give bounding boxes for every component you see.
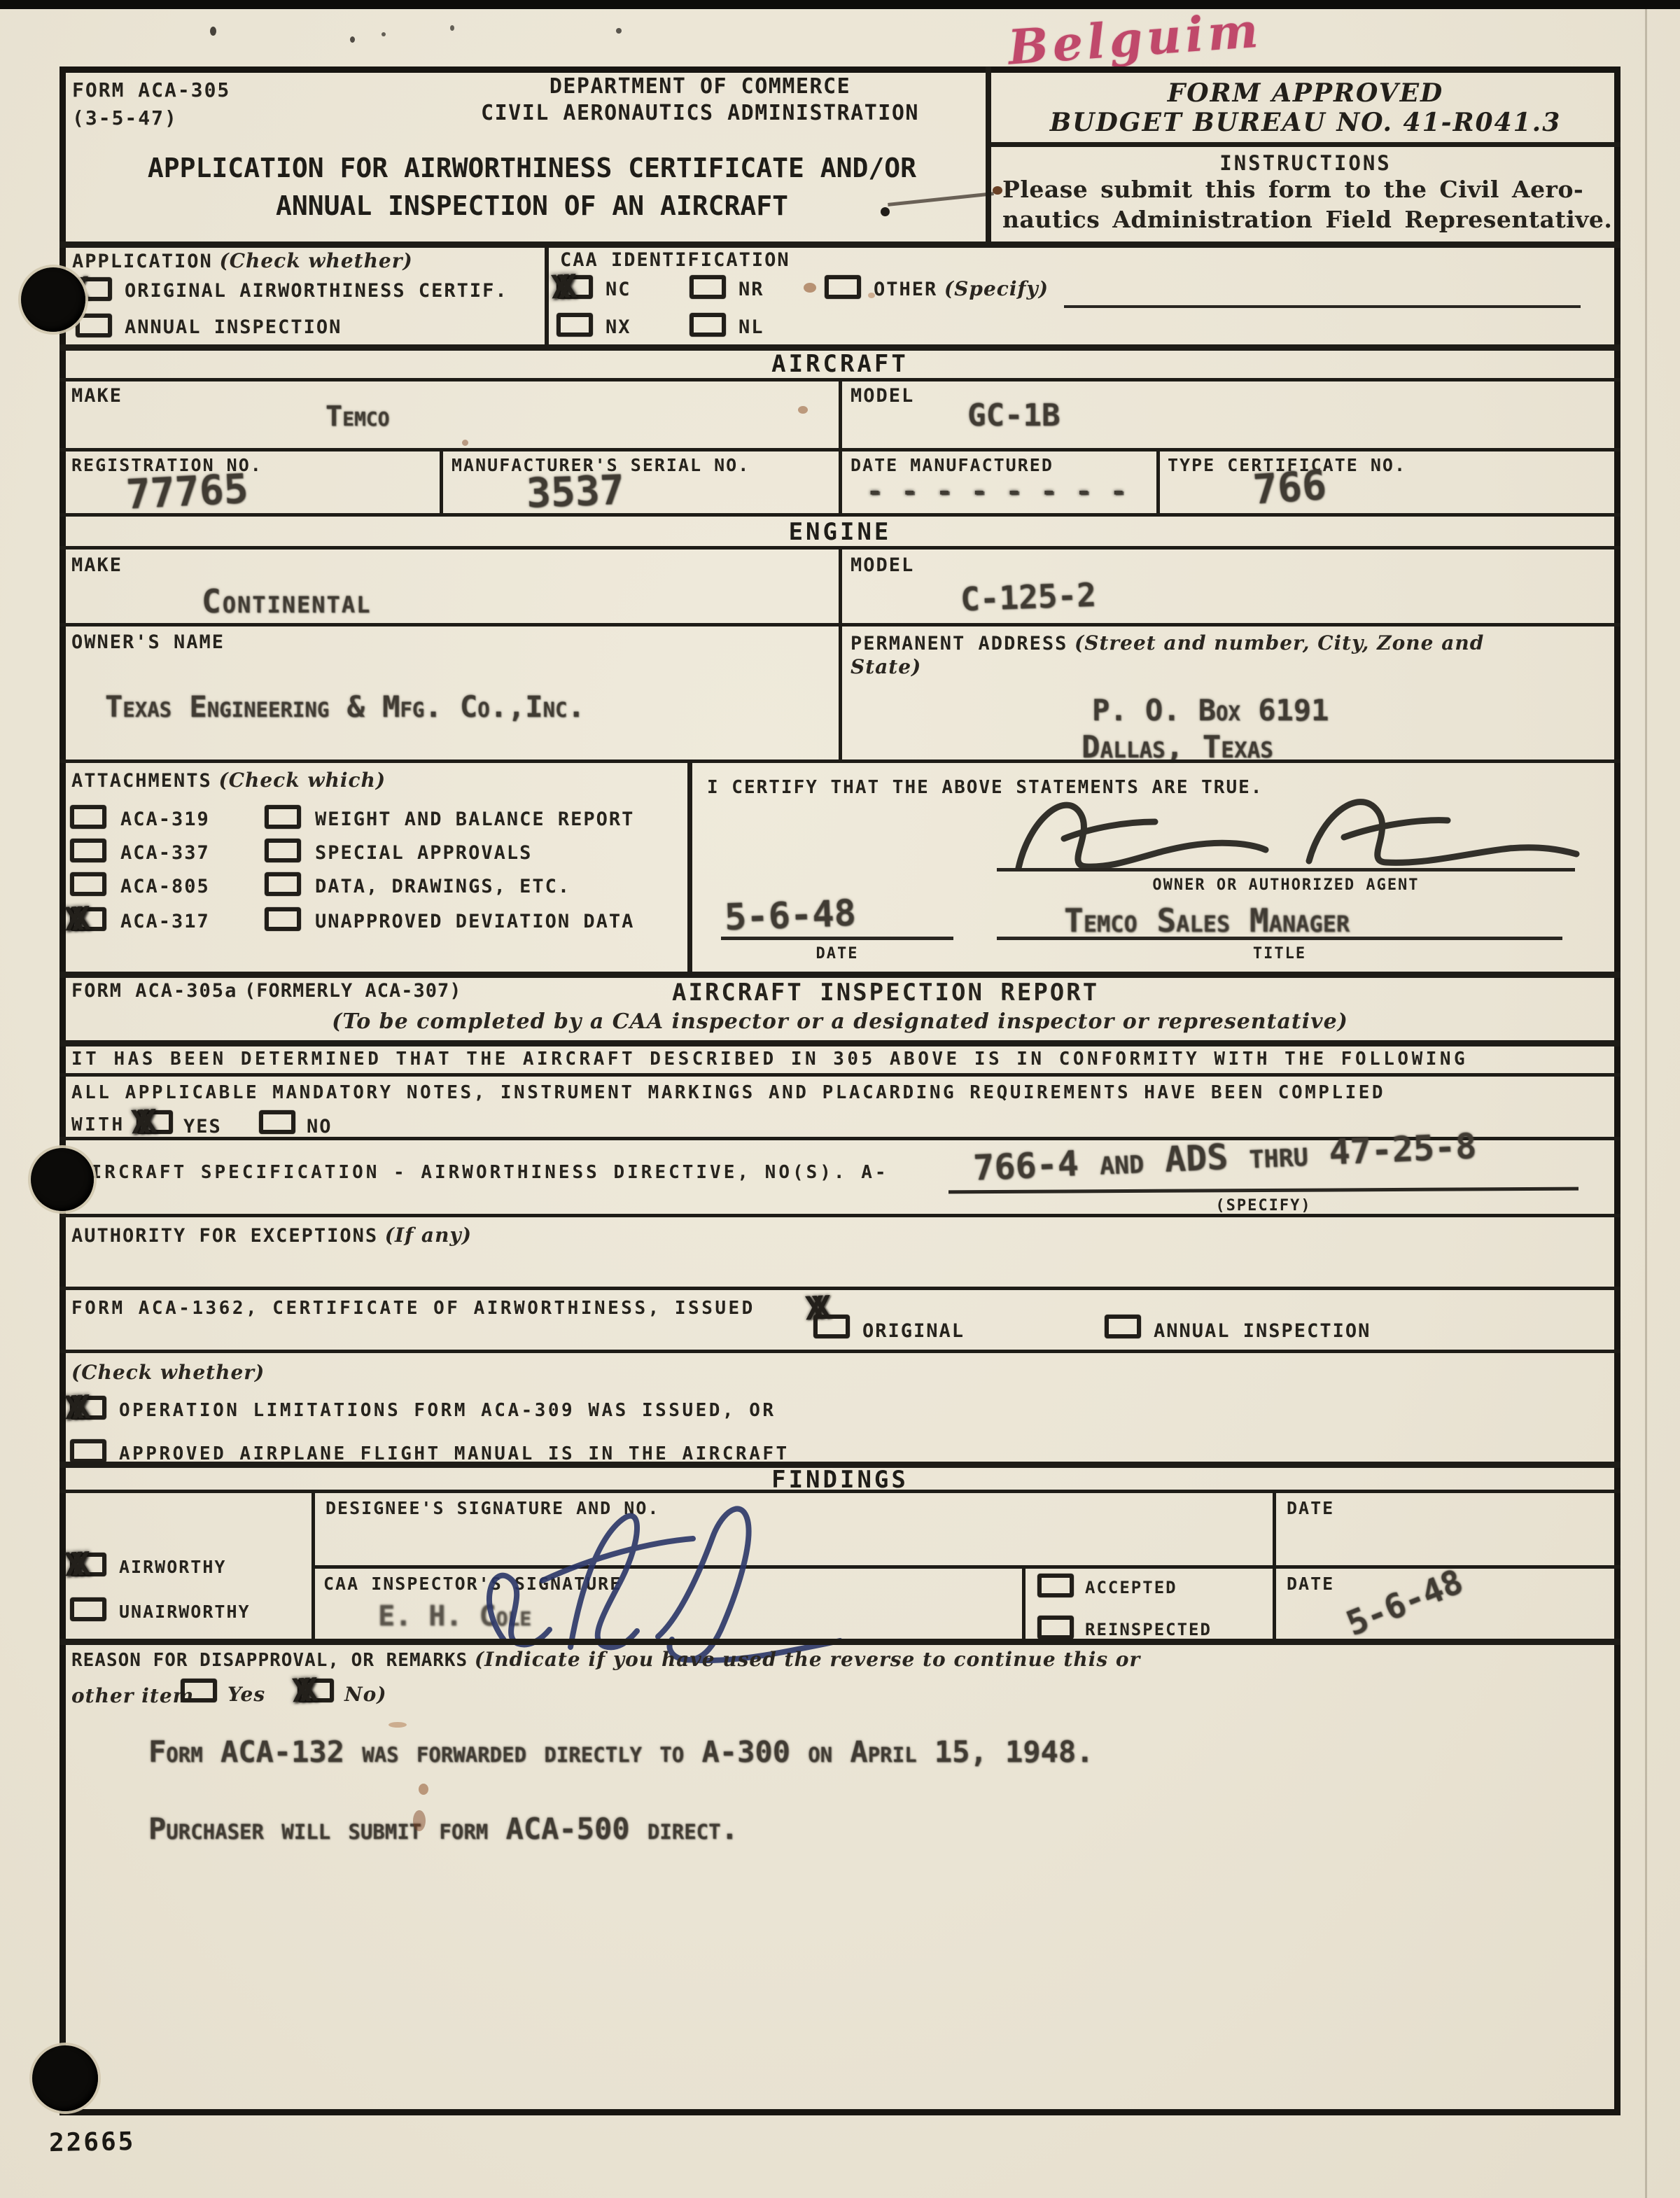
checkbox-aca-317[interactable]: XX bbox=[70, 907, 106, 931]
checkbox-box bbox=[689, 313, 726, 337]
divider bbox=[986, 66, 991, 241]
inspector-date-value: 5-6-48 bbox=[1341, 1562, 1469, 1644]
divider bbox=[839, 378, 842, 448]
attachments-section-label: ATTACHMENTS (Check which) bbox=[71, 769, 386, 792]
pen-mark bbox=[881, 207, 890, 216]
remarks-typed-line2: Purchaser will submit form ACA-500 direc… bbox=[148, 1812, 738, 1846]
divider bbox=[440, 448, 443, 513]
checkbox-label: ACA-805 bbox=[120, 876, 210, 898]
determination-text: IT HAS BEEN DETERMINED THAT THE AIRCRAFT… bbox=[71, 1049, 1468, 1070]
checkbox-reverse-yes[interactable] bbox=[181, 1679, 217, 1702]
checkbox-aca-319[interactable] bbox=[70, 805, 106, 829]
pen-mark bbox=[993, 186, 1002, 195]
checkbox-mark bbox=[64, 1588, 127, 1591]
checkbox-nl[interactable] bbox=[689, 313, 726, 337]
checkbox-label: OPERATION LIMITATIONS FORM ACA-309 WAS I… bbox=[119, 1400, 776, 1422]
engine-model-value: C-125-2 bbox=[960, 576, 1097, 619]
rust-stain bbox=[868, 293, 875, 298]
rust-stain bbox=[798, 406, 808, 414]
form-number: FORM ACA-305 bbox=[72, 78, 230, 102]
checkbox-flight-manual[interactable] bbox=[70, 1439, 106, 1463]
owner-name-label: OWNER'S NAME bbox=[71, 631, 225, 654]
aircraft-model-value: GC-1B bbox=[967, 398, 1060, 433]
aircraft-make-value: Temco bbox=[325, 400, 390, 433]
instructions-title: INSTRUCTIONS bbox=[994, 151, 1617, 176]
checkbox-box bbox=[265, 872, 301, 896]
aircraft-section-title: AIRCRAFT bbox=[59, 350, 1620, 378]
checkbox-label: NO bbox=[307, 1116, 332, 1138]
rust-stain bbox=[388, 1722, 407, 1728]
specify-caption: (SPECIFY) bbox=[948, 1197, 1578, 1214]
checkbox-operation-limitations[interactable]: XX bbox=[70, 1396, 106, 1420]
ink-speck bbox=[381, 32, 386, 36]
scanned-form-page: Belguim FORM ACA-305 (3-5-47) DEPARTMENT… bbox=[0, 0, 1680, 2198]
attachments-label: ATTACHMENTS bbox=[71, 770, 212, 792]
checkbox-label-other: OTHER (Specify) bbox=[874, 277, 1049, 301]
checkbox-label: REINSPECTED bbox=[1085, 1620, 1212, 1640]
checkbox-box bbox=[181, 1679, 217, 1702]
registration-value: 77765 bbox=[125, 464, 249, 518]
checkbox-unapproved-deviation[interactable] bbox=[265, 907, 301, 931]
remarks-label-line1: REASON FOR DISAPPROVAL, OR REMARKS (Indi… bbox=[71, 1648, 1140, 1672]
checkbox-label: SPECIAL APPROVALS bbox=[315, 842, 532, 864]
checkbox-box bbox=[70, 839, 106, 862]
report-form-label: FORM ACA-305a (FORMERLY ACA-307) bbox=[71, 980, 462, 1002]
punch-hole bbox=[32, 2045, 98, 2111]
certify-title-line[interactable] bbox=[997, 937, 1562, 940]
divider bbox=[839, 448, 842, 513]
checkbox-label: UNAIRWORTHY bbox=[119, 1602, 251, 1623]
checkbox-box bbox=[813, 1315, 850, 1338]
checkbox-label: ACA-319 bbox=[120, 808, 210, 831]
certify-title-value: Temco Sales Manager bbox=[1064, 902, 1350, 939]
compliance-text-line1: ALL APPLICABLE MANDATORY NOTES, INSTRUME… bbox=[71, 1082, 1385, 1104]
punch-hole bbox=[31, 1148, 94, 1211]
checkbox-issued-annual[interactable] bbox=[1105, 1315, 1141, 1338]
checkbox-box bbox=[70, 805, 106, 829]
checkbox-label: ACA-317 bbox=[120, 911, 210, 933]
engine-make-label: MAKE bbox=[71, 554, 122, 577]
remarks-label: REASON FOR DISAPPROVAL, OR REMARKS bbox=[71, 1650, 468, 1671]
rust-stain bbox=[419, 1784, 428, 1795]
checkbox-label: NC bbox=[605, 279, 631, 301]
rust-stain bbox=[413, 1810, 426, 1831]
divider bbox=[839, 623, 842, 759]
checkbox-box bbox=[265, 805, 301, 829]
department-line2: CIVIL AERONAUTICS ADMINISTRATION bbox=[434, 101, 966, 125]
checkbox-aca-337[interactable] bbox=[70, 839, 106, 862]
checkbox-box bbox=[70, 872, 106, 896]
divider bbox=[59, 1639, 1620, 1645]
checkbox-box bbox=[76, 314, 112, 337]
checkbox-label: ACA-337 bbox=[120, 842, 210, 864]
checkbox-box bbox=[1037, 1616, 1074, 1639]
divider bbox=[1022, 1565, 1025, 1639]
ink-speck bbox=[350, 36, 355, 43]
checkbox-mark bbox=[64, 795, 127, 799]
authority-label: AUTHORITY FOR EXCEPTIONS bbox=[71, 1225, 378, 1247]
checkbox-mark bbox=[819, 265, 882, 269]
other-specify-line[interactable] bbox=[1064, 305, 1581, 308]
report-formerly: (FORMERLY ACA-307) bbox=[244, 980, 462, 1002]
checkbox-mark bbox=[259, 829, 322, 832]
checkbox-mark bbox=[64, 1429, 127, 1433]
divider bbox=[986, 142, 1620, 147]
checkbox-box bbox=[556, 313, 593, 337]
designee-date-label: DATE bbox=[1287, 1498, 1334, 1519]
checkbox-airworthy[interactable]: XX bbox=[70, 1553, 106, 1576]
owner-signature-line[interactable] bbox=[997, 868, 1575, 871]
checkbox-label: UNAPPROVED DEVIATION DATA bbox=[315, 911, 634, 933]
inspector-date-label: DATE bbox=[1287, 1574, 1334, 1595]
form-approved-line1: FORM APPROVED bbox=[994, 78, 1617, 108]
checkbox-complied-no[interactable] bbox=[259, 1110, 295, 1134]
other-label: OTHER bbox=[874, 279, 937, 300]
checkbox-reverse-no[interactable]: XX bbox=[297, 1679, 334, 1702]
remarks-hint1: (Indicate if you have used the reverse t… bbox=[475, 1648, 1140, 1671]
checkbox-label: YES bbox=[183, 1116, 222, 1138]
checkbox-special-approvals[interactable] bbox=[265, 839, 301, 862]
form-approved-line2: BUDGET BUREAU NO. 41-R041.3 bbox=[994, 108, 1617, 137]
checkbox-label: AIRWORTHY bbox=[119, 1557, 226, 1578]
type-certificate-value: 766 bbox=[1252, 461, 1328, 513]
checkbox-unairworthy[interactable] bbox=[70, 1597, 106, 1621]
attachments-hint: (Check which) bbox=[218, 769, 386, 792]
serial-value: 3537 bbox=[526, 466, 625, 517]
certify-title-caption: TITLE bbox=[997, 945, 1562, 962]
checkbox-mark bbox=[64, 829, 127, 832]
checkbox-box bbox=[825, 275, 861, 299]
aircraft-spec-label: AIRCRAFT SPECIFICATION - AIRWORTHINESS D… bbox=[77, 1162, 889, 1184]
divider bbox=[59, 241, 1620, 248]
checkbox-box bbox=[70, 1597, 106, 1621]
authority-exceptions-label: AUTHORITY FOR EXCEPTIONS (If any) bbox=[71, 1224, 472, 1247]
checkbox-mark bbox=[259, 897, 322, 901]
checkbox-nx[interactable] bbox=[556, 313, 593, 337]
engine-make-value: Continental bbox=[202, 582, 371, 620]
engine-section-title: ENGINE bbox=[59, 518, 1620, 546]
checkbox-label: Yes bbox=[227, 1683, 265, 1706]
handwritten-country-note: Belguim bbox=[1007, 2, 1264, 76]
checkbox-box bbox=[1105, 1315, 1141, 1338]
checkbox-box bbox=[259, 1110, 295, 1134]
checkbox-mark: XX bbox=[64, 897, 129, 939]
checkbox-box bbox=[70, 1439, 106, 1463]
divider bbox=[1273, 1490, 1276, 1639]
ink-speck bbox=[450, 25, 454, 31]
certify-date-caption: DATE bbox=[721, 945, 953, 962]
owner-address-line1: P. O. Box 6191 bbox=[1092, 693, 1329, 727]
checkbox-data-drawings[interactable] bbox=[265, 872, 301, 896]
divider bbox=[1156, 448, 1160, 513]
form-title-line2: ANNUAL INSPECTION OF AN AIRCRAFT bbox=[98, 190, 966, 221]
checkbox-label: ORIGINAL AIRWORTHINESS CERTIF. bbox=[125, 280, 508, 302]
report-subtitle: (To be completed by a CAA inspector or a… bbox=[59, 1009, 1620, 1034]
instructions-body: Please submit this form to the Civil Aer… bbox=[1002, 175, 1618, 235]
remarks-hint2: other item bbox=[71, 1684, 194, 1707]
checkbox-label: ANNUAL INSPECTION bbox=[1154, 1320, 1371, 1343]
scan-top-strip bbox=[0, 0, 1680, 9]
checkbox-mark bbox=[259, 795, 322, 799]
checkbox-mark bbox=[64, 862, 127, 866]
date-manufactured-value: - - - - - - - - bbox=[867, 476, 1128, 507]
checkbox-box bbox=[1037, 1574, 1074, 1597]
checkbox-issued-original[interactable] bbox=[813, 1315, 850, 1338]
checkbox-nc[interactable]: XX bbox=[556, 275, 593, 299]
divider bbox=[839, 546, 842, 623]
divider bbox=[59, 1073, 1620, 1077]
address-label: PERMANENT ADDRESS bbox=[850, 633, 1067, 654]
divider bbox=[59, 513, 1620, 517]
stamp-number: 22665 bbox=[49, 2127, 136, 2157]
divider bbox=[59, 1350, 1620, 1353]
ink-speck bbox=[616, 28, 622, 34]
rust-stain bbox=[804, 283, 816, 293]
ink-speck bbox=[210, 27, 216, 36]
checkbox-mark bbox=[684, 303, 747, 307]
department-line1: DEPARTMENT OF COMMERCE bbox=[434, 74, 966, 99]
checkbox-mark bbox=[259, 862, 322, 866]
divider bbox=[545, 241, 549, 344]
remarks-typed-line1: Form ACA-132 was forwarded directly to A… bbox=[148, 1735, 1093, 1769]
checkbox-label: ANNUAL INSPECTION bbox=[125, 316, 342, 339]
checkbox-label: ORIGINAL bbox=[862, 1320, 965, 1343]
checkbox-nr[interactable] bbox=[689, 275, 726, 299]
aircraft-spec-line[interactable] bbox=[948, 1187, 1578, 1194]
checkbox-mark bbox=[1032, 1606, 1095, 1609]
aircraft-model-label: MODEL bbox=[850, 385, 914, 407]
report-form-number: FORM ACA-305a bbox=[71, 980, 237, 1002]
form-title-line1: APPLICATION FOR AIRWORTHINESS CERTIFICAT… bbox=[98, 153, 966, 183]
divider bbox=[59, 972, 1620, 978]
aircraft-spec-value: 766-4 and ADS thru 47-25-8 bbox=[972, 1126, 1477, 1188]
authority-hint: (If any) bbox=[385, 1224, 472, 1247]
date-manufactured-label: DATE MANUFACTURED bbox=[850, 455, 1053, 476]
divider bbox=[687, 759, 692, 972]
checkbox-other[interactable] bbox=[825, 275, 861, 299]
checkbox-reinspected[interactable] bbox=[1037, 1616, 1074, 1639]
paper-edge-line bbox=[1645, 9, 1647, 2198]
checkbox-label: NX bbox=[605, 316, 631, 339]
checkbox-weight-balance[interactable] bbox=[265, 805, 301, 829]
report-title: AIRCRAFT INSPECTION REPORT bbox=[672, 979, 1099, 1007]
divider bbox=[59, 1214, 1620, 1217]
checkbox-label: No) bbox=[344, 1683, 387, 1706]
checkbox-mark bbox=[1099, 1305, 1162, 1308]
other-hint: (Specify) bbox=[944, 277, 1049, 300]
checkbox-label: ACCEPTED bbox=[1085, 1578, 1177, 1598]
checkbox-label: NL bbox=[738, 316, 764, 339]
punch-hole bbox=[21, 267, 85, 332]
certify-date-value: 5-6-48 bbox=[724, 892, 857, 939]
form-revision: (3-5-47) bbox=[72, 106, 178, 130]
certify-date-line[interactable] bbox=[721, 937, 953, 940]
checkbox-label: NR bbox=[738, 279, 764, 301]
divider bbox=[311, 1490, 315, 1639]
checkbox-label: WEIGHT AND BALANCE REPORT bbox=[315, 808, 634, 831]
owner-signature-caption: OWNER OR AUTHORIZED AGENT bbox=[997, 876, 1575, 894]
rust-stain bbox=[462, 440, 468, 446]
checkbox-box bbox=[689, 275, 726, 299]
compliance-text-line2: WITH bbox=[71, 1114, 125, 1136]
divider bbox=[59, 759, 1620, 763]
aca-1362-label: FORM ACA-1362, CERTIFICATE OF AIRWORTHIN… bbox=[71, 1298, 755, 1319]
owner-name-value: Texas Engineering & Mfg. Co.,Inc. bbox=[105, 689, 585, 724]
divider bbox=[59, 1040, 1620, 1046]
checkbox-box bbox=[265, 839, 301, 862]
checkbox-accepted[interactable] bbox=[1037, 1574, 1074, 1597]
application-hint: (Check whether) bbox=[219, 249, 412, 272]
checkbox-box bbox=[265, 907, 301, 931]
permanent-address-label: PERMANENT ADDRESS (Street and number, Ci… bbox=[850, 631, 1606, 678]
engine-model-label: MODEL bbox=[850, 554, 914, 577]
checkbox-annual-inspection[interactable] bbox=[76, 314, 112, 337]
checkbox-label: DATA, DRAWINGS, ETC. bbox=[315, 876, 570, 898]
aircraft-make-label: MAKE bbox=[71, 385, 122, 407]
check-whether-hint: (Check whether) bbox=[71, 1361, 265, 1384]
checkbox-complied-yes[interactable]: XX bbox=[136, 1110, 173, 1134]
checkbox-aca-805[interactable] bbox=[70, 872, 106, 896]
